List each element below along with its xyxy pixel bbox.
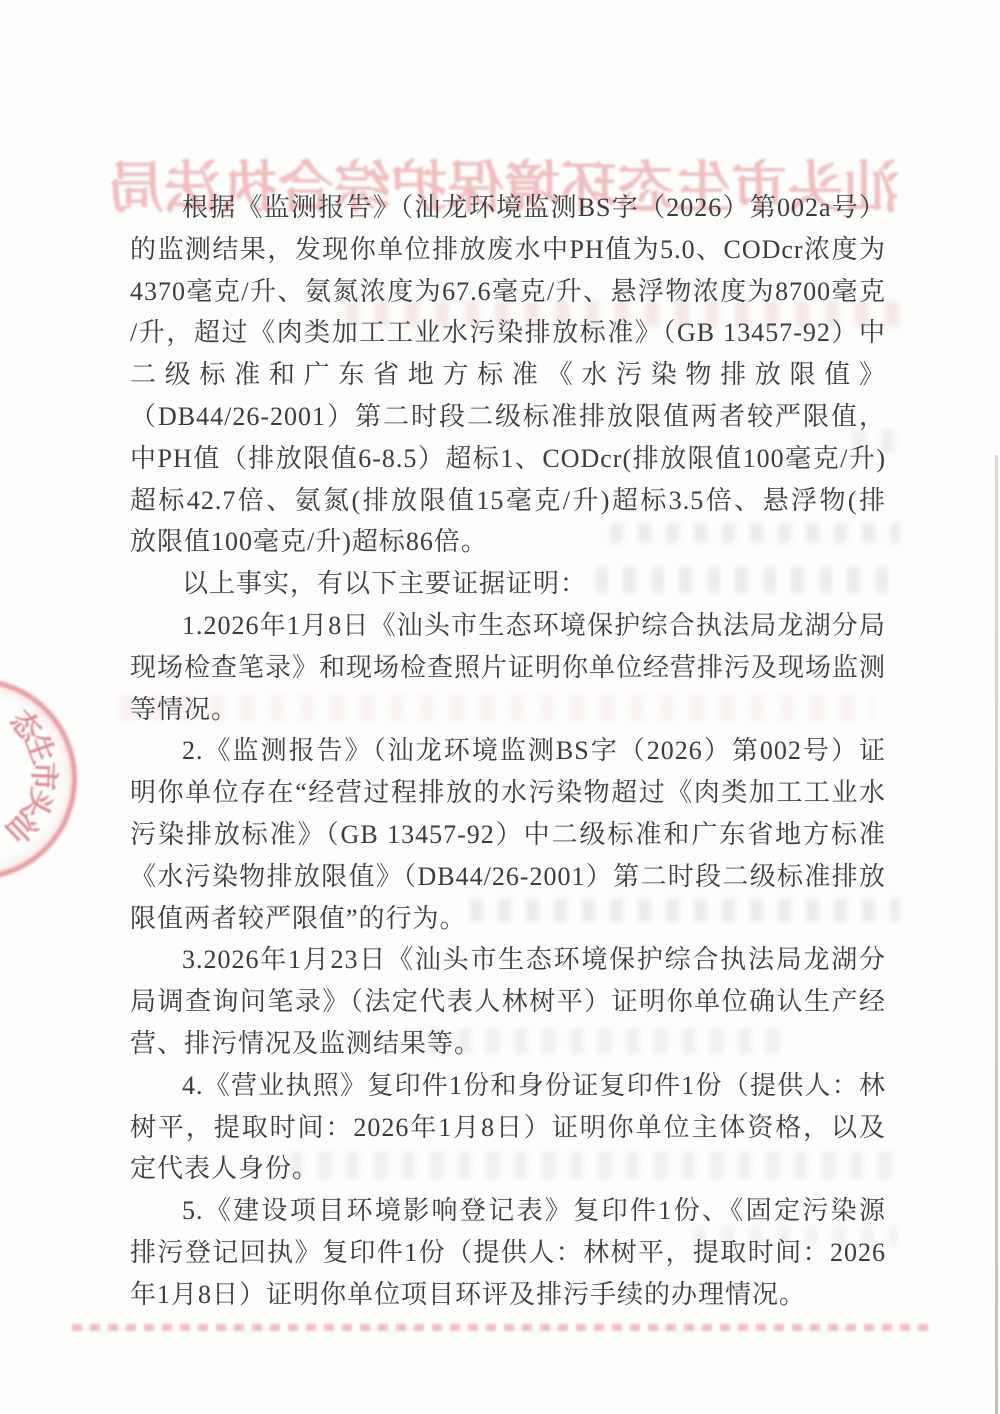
document-text-line: 现场检查笔录》和现场检查照片证明你单位经营排污及现场监测 xyxy=(130,647,886,689)
document-text-line: 营、排污情况及监测结果等。 xyxy=(130,1023,886,1065)
document-text-line: 树平，提取时间：2026年1月8日）证明你单位主体资格，以及法 xyxy=(130,1107,886,1149)
document-text-line: 二级标准和广东省地方标准《水污染物排放限值》 xyxy=(130,354,886,396)
document-text-line: 以上事实，有以下主要证据证明： xyxy=(130,563,886,605)
document-text-line: 局调查询问笔录》（法定代表人林树平）证明你单位确认生产经 xyxy=(130,981,886,1023)
document-text-line: 限值两者较严限值”的行为。 xyxy=(130,898,886,940)
document-text-line: 超标42.7倍、氨氮(排放限值15毫克/升)超标3.5倍、悬浮物(排 xyxy=(130,480,886,522)
scanned-document-page: 汕头市生态环境保护综合执法局 态 生 市 头 汕 根据《监测报告》（汕龙环境监测… xyxy=(0,0,1000,1414)
document-text-line: 4370毫克/升、氨氮浓度为67.6毫克/升、悬浮物浓度为8700毫克 xyxy=(130,271,886,313)
document-text-line: 定代表人身份。 xyxy=(130,1148,886,1190)
document-text-line: 3.2026年1月23日《汕头市生态环境保护综合执法局龙湖分 xyxy=(130,939,886,981)
document-text-line: 中PH值（排放限值6-8.5）超标1、CODcr(排放限值100毫克/升) xyxy=(130,438,886,480)
document-text-line: /升，超过《肉类加工工业水污染排放标准》（GB 13457-92）中 xyxy=(130,312,886,354)
document-text-line: 污染排放标准》（GB 13457-92）中二级标准和广东省地方标准 xyxy=(130,814,886,856)
document-text-line: 放限值100毫克/升)超标86倍。 xyxy=(130,521,886,563)
document-text-line: 根据《监测报告》（汕龙环境监测BS字（2026）第002a号） xyxy=(130,187,886,229)
document-text-line: 2.《监测报告》（汕龙环境监测BS字（2026）第002号）证 xyxy=(130,730,886,772)
document-text-line: 年1月8日）证明你单位项目环评及排污手续的办理情况。 xyxy=(130,1274,886,1316)
bleedthrough-dotted-line xyxy=(72,1324,928,1331)
document-text-line: 的监测结果，发现你单位排放废水中PH值为5.0、CODcr浓度为 xyxy=(130,229,886,271)
document-text-line: 5.《建设项目环境影响登记表》复印件1份、《固定污染源 xyxy=(130,1190,886,1232)
document-text-line: 1.2026年1月8日《汕头市生态环境保护综合执法局龙湖分局 xyxy=(130,605,886,647)
document-body-text: 根据《监测报告》（汕龙环境监测BS字（2026）第002a号）的监测结果，发现你… xyxy=(130,187,886,1316)
document-text-line: 排污登记回执》复印件1份（提供人：林树平，提取时间：2026 xyxy=(130,1232,886,1274)
document-text-line: 《水污染物排放限值》（DB44/26-2001）第二时段二级标准排放 xyxy=(130,856,886,898)
document-text-line: 明你单位存在“经营过程排放的水污染物超过《肉类加工工业水 xyxy=(130,772,886,814)
document-text-line: 等情况。 xyxy=(130,689,886,731)
scan-edge-artifact xyxy=(995,455,998,1414)
document-text-line: （DB44/26-2001）第二时段二级标准排放限值两者较严限值，其 xyxy=(130,396,886,438)
document-text-line: 4.《营业执照》复印件1份和身份证复印件1份（提供人：林 xyxy=(130,1065,886,1107)
